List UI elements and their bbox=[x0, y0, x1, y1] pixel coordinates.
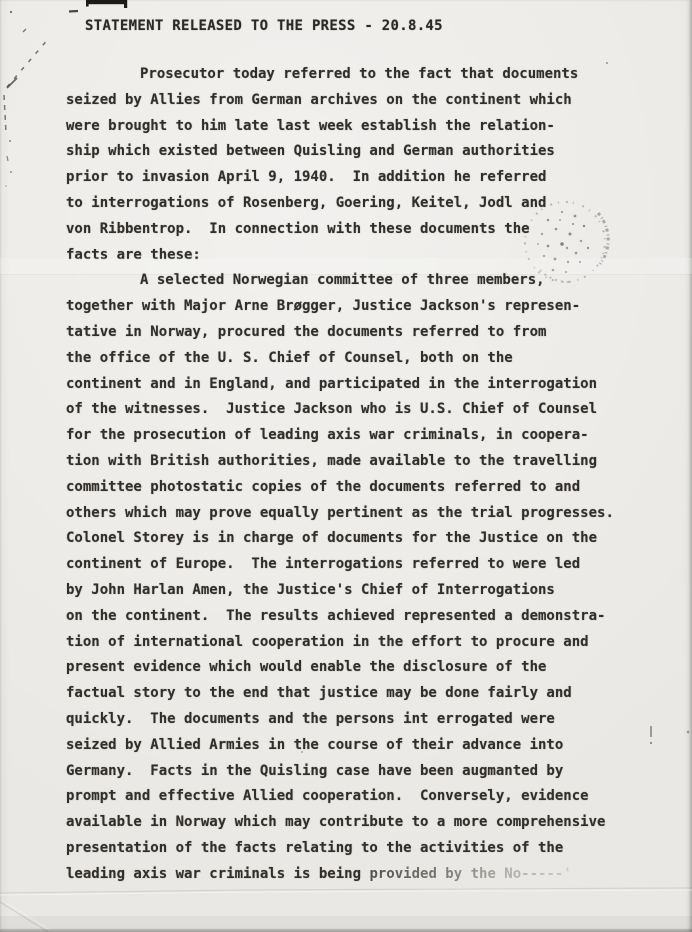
text-line: tative in Norway, procured the documents… bbox=[66, 320, 676, 346]
text-line: were brought to him late last week estab… bbox=[66, 114, 676, 140]
text-line: factual story to the end that justice ma… bbox=[66, 681, 676, 707]
text-line: to interrogations of Rosenberg, Goering,… bbox=[66, 191, 676, 217]
text-line: Prosecutor today referred to the fact th… bbox=[66, 62, 676, 88]
text-line: tion with British authorities, made avai… bbox=[66, 449, 676, 475]
text-line: others which may prove equally pertinent… bbox=[66, 501, 676, 527]
faded-text: provided by the No-----' bbox=[369, 866, 571, 882]
text-line: committee photostatic copies of the docu… bbox=[66, 475, 676, 501]
text-line: presentation of the facts relating to th… bbox=[66, 836, 676, 862]
text-line: prompt and effective Allied cooperation.… bbox=[66, 784, 676, 810]
text-line: leading axis war criminals is being prov… bbox=[66, 862, 676, 888]
text-line: by John Harlan Amen, the Justice's Chief… bbox=[66, 578, 676, 604]
text-line: seized by Allies from German archives on… bbox=[66, 88, 676, 114]
text-line: quickly. The documents and the persons i… bbox=[66, 707, 676, 733]
text-line: seized by Allied Armies in the course of… bbox=[66, 733, 676, 759]
text-line: together with Major Arne Brøgger, Justic… bbox=[66, 294, 676, 320]
text-line: continent of Europe. The interrogations … bbox=[66, 552, 676, 578]
text-line: Colonel Storey is in charge of documents… bbox=[66, 526, 676, 552]
redaction-bar-icon bbox=[86, 0, 127, 8]
text-line: facts are these: bbox=[66, 243, 676, 269]
text-line: von Ribbentrop. In connection with these… bbox=[66, 217, 676, 243]
text-line: ship which existed between Quisling and … bbox=[66, 139, 676, 165]
text-line: available in Norway which may contribute… bbox=[66, 810, 676, 836]
text-line: continent and in England, and participat… bbox=[66, 372, 676, 398]
text-line: A selected Norwegian committee of three … bbox=[66, 268, 676, 294]
text-line: tion of international cooperation in the… bbox=[66, 630, 676, 656]
text-line: on the continent. The results achieved r… bbox=[66, 604, 676, 630]
page-title: STATEMENT RELEASED TO THE PRESS - 20.8.4… bbox=[85, 18, 443, 34]
text-line: of the witnesses. Justice Jackson who is… bbox=[66, 397, 676, 423]
text-line: the office of the U. S. Chief of Counsel… bbox=[66, 346, 676, 372]
text-line: for the prosecution of leading axis war … bbox=[66, 423, 676, 449]
text-line: prior to invasion April 9, 1940. In addi… bbox=[66, 165, 676, 191]
document-page: STATEMENT RELEASED TO THE PRESS - 20.8.4… bbox=[0, 0, 692, 932]
text-line: present evidence which would enable the … bbox=[66, 655, 676, 681]
text-line: Germany. Facts in the Quisling case have… bbox=[66, 759, 676, 785]
document-body: Prosecutor today referred to the fact th… bbox=[66, 62, 676, 888]
